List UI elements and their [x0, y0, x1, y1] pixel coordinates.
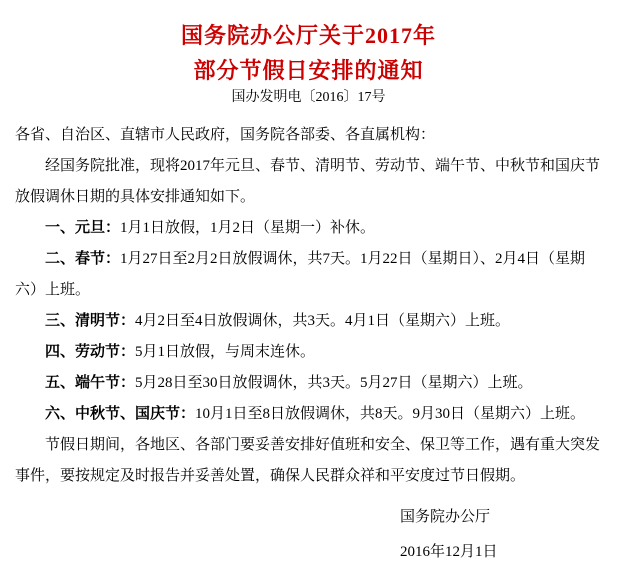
signature-block: 国务院办公厅 2016年12月1日: [0, 502, 617, 568]
item-text: 10月1日至8日放假调休，共8天。9月30日（星期六）上班。: [195, 406, 585, 422]
item-label: 四、劳动节：: [45, 344, 135, 360]
holiday-item-labor-day: 四、劳动节：5月1日放假，与周末连休。: [15, 337, 602, 368]
item-text: 5月28日至30日放假调休，共3天。5月27日（星期六）上班。: [135, 375, 533, 391]
intro-paragraph: 经国务院批准，现将2017年元旦、春节、清明节、劳动节、端午节、中秋节和国庆节放…: [15, 151, 602, 213]
closing-paragraph: 节假日期间，各地区、各部门要妥善安排好值班和安全、保卫等工作，遇有重大突发事件，…: [15, 430, 602, 492]
notice-title-line1: 国务院办公厅关于2017年: [0, 18, 617, 53]
item-label: 六、中秋节、国庆节：: [45, 406, 195, 422]
signature: 国务院办公厅: [400, 502, 617, 533]
item-label: 二、春节：: [45, 251, 120, 267]
item-label: 三、清明节：: [45, 313, 135, 329]
holiday-item-midautumn-national: 六、中秋节、国庆节：10月1日至8日放假调休，共8天。9月30日（星期六）上班。: [15, 399, 602, 430]
notice-body: 各省、自治区、直辖市人民政府，国务院各部委、各直属机构： 经国务院批准，现将20…: [0, 120, 617, 492]
doc-number: 国办发明电〔2016〕17号: [0, 88, 617, 108]
notice-title: 国务院办公厅关于2017年 部分节假日安排的通知: [0, 0, 617, 88]
notice-title-line2: 部分节假日安排的通知: [0, 53, 617, 88]
holiday-item-dragon-boat: 五、端午节：5月28日至30日放假调休，共3天。5月27日（星期六）上班。: [15, 368, 602, 399]
item-text: 4月2日至4日放假调休，共3天。4月1日（星期六）上班。: [135, 313, 510, 329]
holiday-item-spring-festival: 二、春节：1月27日至2月2日放假调休，共7天。1月22日（星期日）、2月4日（…: [15, 244, 602, 306]
holiday-item-new-year: 一、元旦：1月1日放假，1月2日（星期一）补休。: [15, 213, 602, 244]
holiday-item-qingming: 三、清明节：4月2日至4日放假调休，共3天。4月1日（星期六）上班。: [15, 306, 602, 337]
item-label: 一、元旦：: [45, 220, 120, 236]
signature-date: 2016年12月1日: [400, 537, 617, 568]
item-text: 1月1日放假，1月2日（星期一）补休。: [120, 220, 375, 236]
item-text: 5月1日放假，与周末连休。: [135, 344, 315, 360]
salutation: 各省、自治区、直辖市人民政府，国务院各部委、各直属机构：: [15, 120, 602, 151]
item-label: 五、端午节：: [45, 375, 135, 391]
notice-document: 国务院办公厅关于2017年 部分节假日安排的通知 国办发明电〔2016〕17号 …: [0, 0, 617, 578]
